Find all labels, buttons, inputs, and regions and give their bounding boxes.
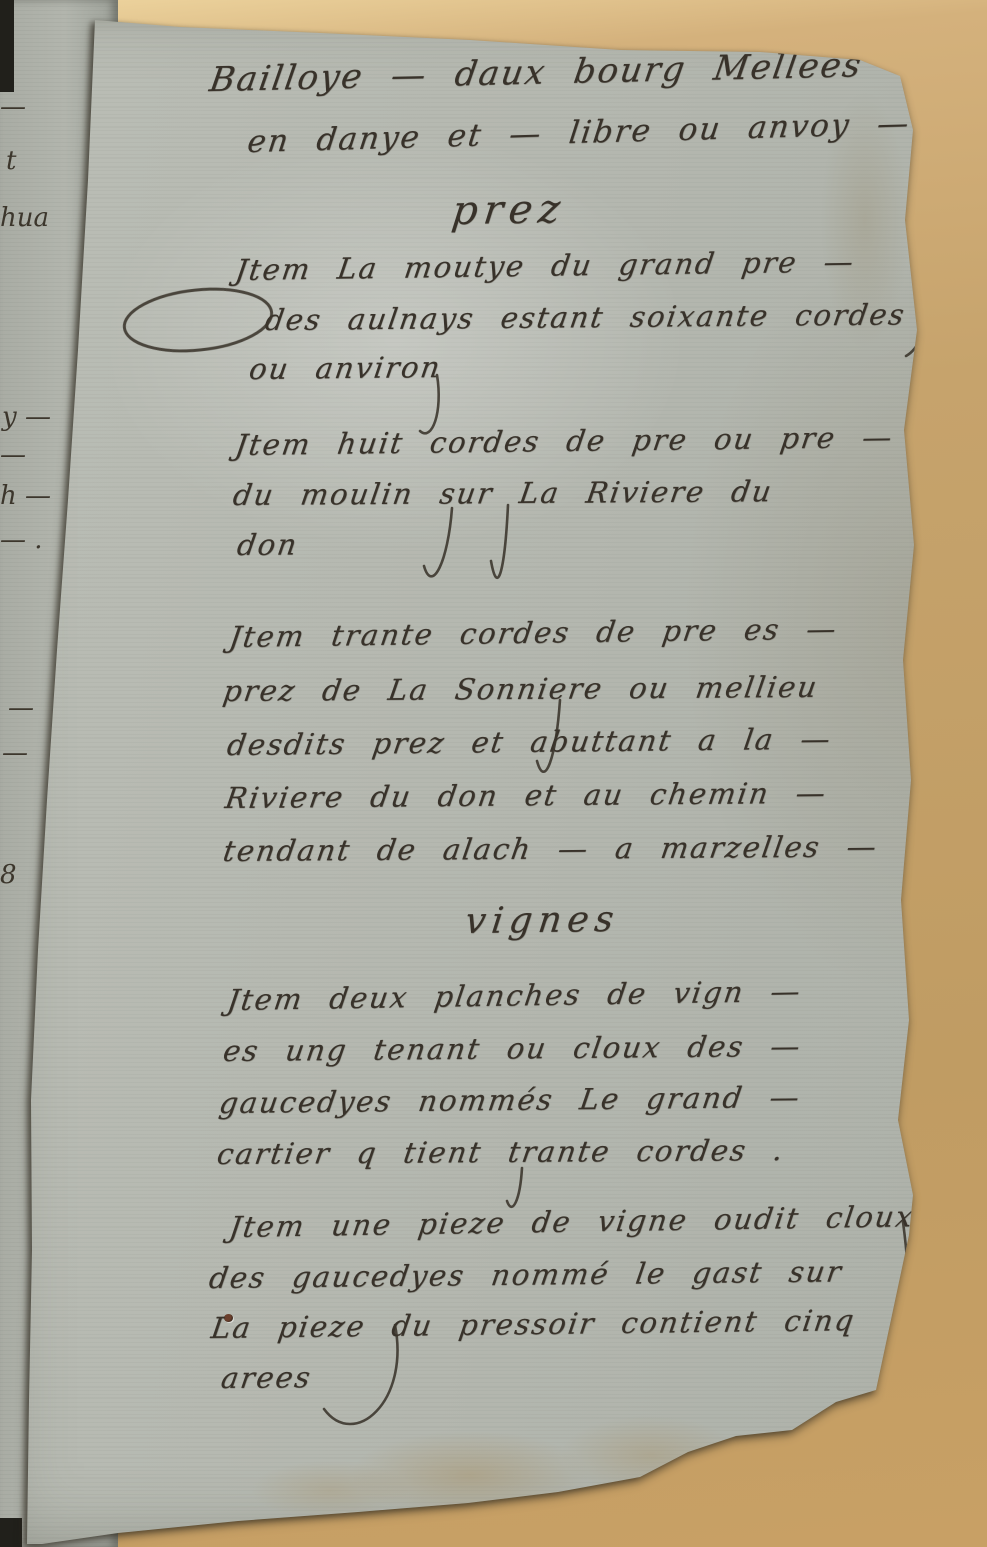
manuscript-line: arees — [219, 1360, 314, 1395]
paper-sheet: Bailloye — daux bourg Mellees — en danye… — [0, 0, 987, 1547]
manuscript-line: Jtem La moutye du grand pre — — [233, 244, 857, 287]
manuscript-line: ou anviron — [247, 350, 444, 386]
manuscript-line: prez de La Sonniere ou mellieu — [221, 670, 821, 708]
water-stain — [250, 1460, 410, 1520]
manuscript-line: du moulin sur La Riviere du — [231, 474, 776, 512]
flourish-descender — [491, 505, 508, 578]
manuscript-line: Jtem huit cordes de pre ou pre — — [233, 420, 896, 462]
manuscript-line: don — [235, 527, 301, 562]
red-speck — [929, 313, 935, 320]
manuscript-line: des aulnays estant soixante cordes — [263, 297, 908, 337]
manuscript-line: desdits prez et abuttant a la — — [225, 722, 834, 762]
paper-sheet-wrap: Bailloye — daux bourg Mellees — en danye… — [0, 0, 987, 1547]
section-heading-prez: prez — [449, 186, 568, 234]
manuscript-line: Jtem trante cordes de pre es — — [227, 612, 840, 655]
manuscript-line: Riviere du don et au chemin — — [223, 776, 830, 815]
manuscript-line: tendant de alach — a marzelles — — [221, 829, 881, 868]
flourish-descender — [507, 1168, 522, 1207]
manuscript-header-line: Bailloye — daux bourg Mellees — — [207, 44, 929, 100]
manuscript-line: Jtem deux planches de vign — — [225, 974, 804, 1017]
manuscript-photo: — t hua y — — h — — . — — 8 Bailloye — d… — [0, 0, 987, 1547]
flourish-loop — [121, 282, 274, 357]
manuscript-line: gaucedyes nommés Le grand — — [217, 1080, 803, 1120]
manuscript-line: cartier q tient trante cordes . — [215, 1133, 787, 1171]
flourish-descender — [906, 235, 929, 356]
manuscript-line: es ung tenant ou cloux des — — [221, 1029, 804, 1068]
water-stain — [560, 1415, 740, 1495]
flourish-descender — [901, 1222, 910, 1393]
manuscript-line: Jtem une pieze de vigne oudit cloux — [227, 1199, 916, 1244]
flourish-descender — [424, 508, 452, 576]
left-fold-crease — [0, 0, 70, 1547]
manuscript-line: des gaucedyes nommé le gast sur — [207, 1254, 845, 1295]
manuscript-line: La pieze du pressoir contient cinq — [209, 1303, 858, 1345]
section-heading-vignes: vignes — [463, 899, 622, 942]
manuscript-header-line: en danye et — libre ou anvoy — — [245, 105, 912, 160]
